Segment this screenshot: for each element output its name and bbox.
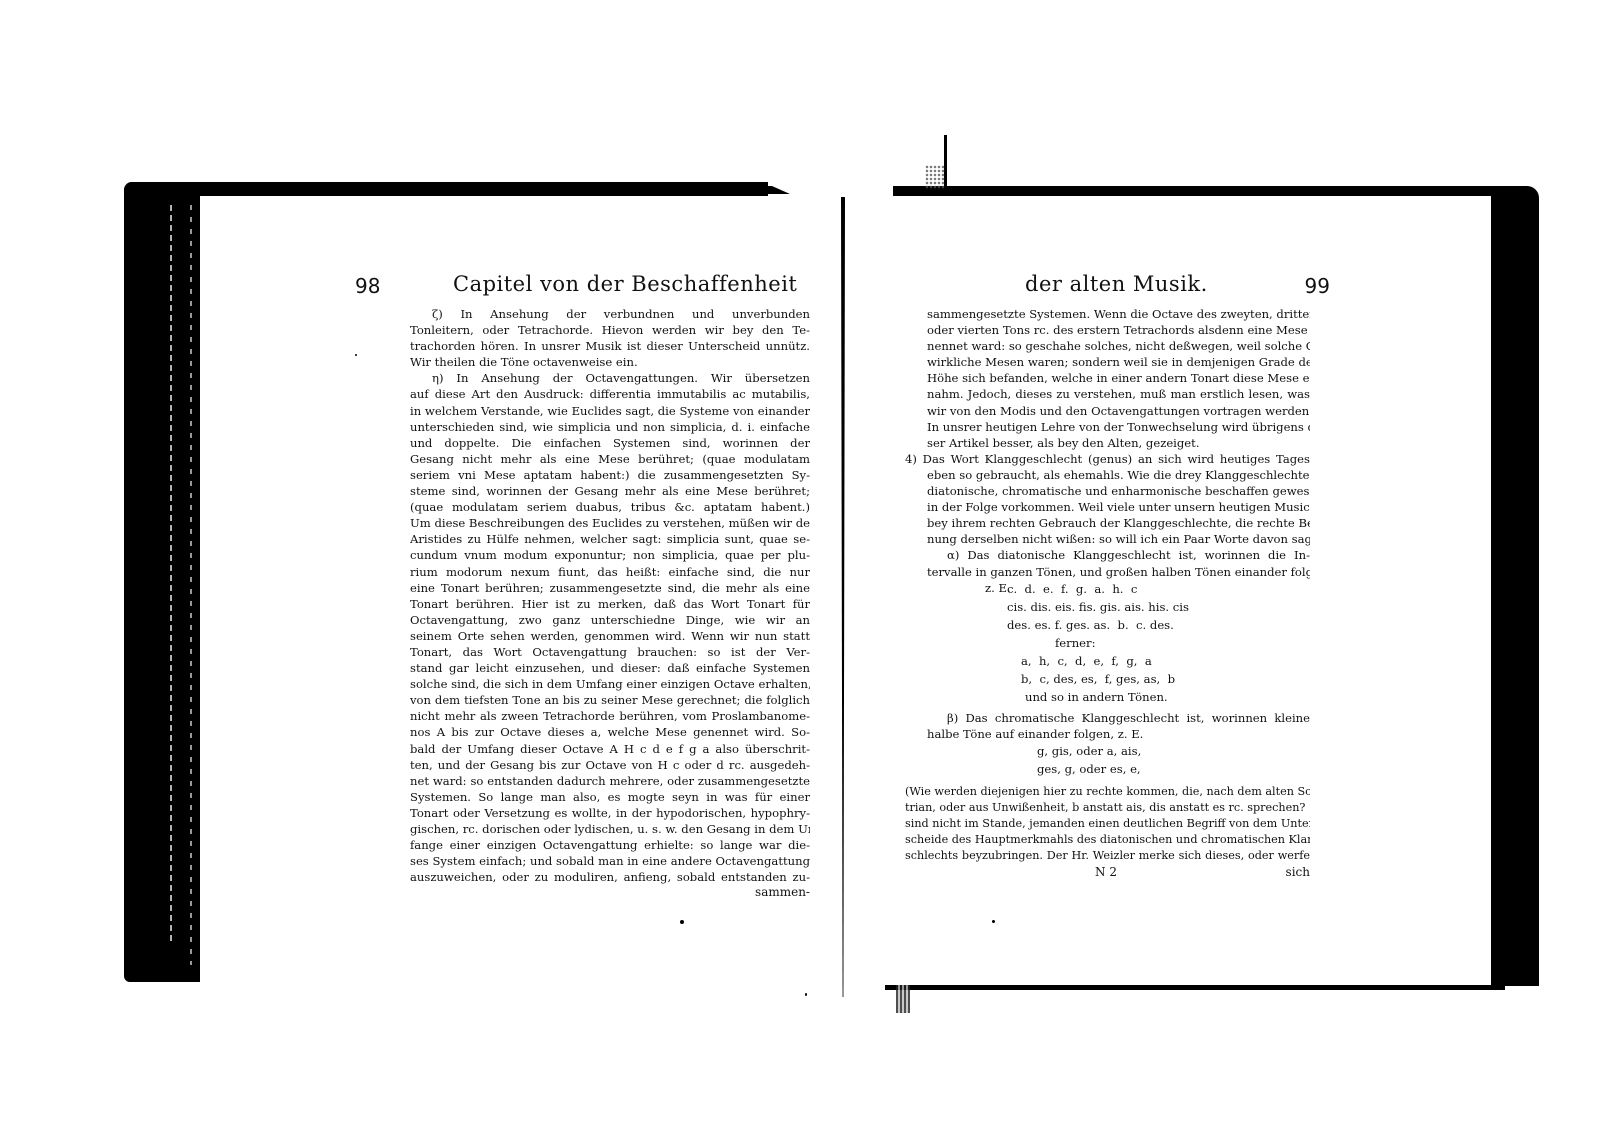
example-closing: und so in andern Tönen.	[1007, 688, 1217, 706]
text-line: (quae modulatam seriem duabus, tribus &c…	[410, 499, 810, 515]
scan-speck	[680, 920, 684, 924]
right-page: der alten Musik. 99 sammengesetzte Syste…	[905, 272, 1330, 880]
text-line: Um diese Beschreibungen des Euclides zu …	[410, 515, 810, 531]
text-line: und doppelte. Die einfachen Systemen sin…	[410, 435, 810, 451]
right-page-top-edge	[893, 186, 1533, 196]
chromatic-paragraph: β) Das chromatische Klanggeschlecht ist,…	[905, 710, 1310, 742]
text-line: β) Das chromatische Klanggeschlecht ist,…	[905, 710, 1310, 726]
text-line: solche sind, die sich in dem Umfang eine…	[410, 676, 810, 692]
text-line: rium modorum nexum fiunt, das heißt: ein…	[410, 564, 810, 580]
left-book-edge	[124, 182, 200, 982]
scan-artifact	[925, 165, 945, 190]
text-line: auszuweichen, oder zu moduliren, anfieng…	[410, 869, 810, 885]
text-line: unterschieden sind, wie simplicia und no…	[410, 419, 810, 435]
scanned-book-spread: 98 Capitel von der Beschaffenheit ζ) In …	[0, 0, 1600, 1121]
note-row: des. es. f. ges. as. b. c. des.	[1007, 616, 1217, 634]
text-line: net ward: so entstanden dadurch mehrere,…	[410, 773, 810, 789]
scan-speck	[992, 920, 995, 923]
text-line: Aristides zu Hülfe nehmen, welcher sagt:…	[410, 531, 810, 547]
text-line: nos A bis zur Octave dieses a, welche Me…	[410, 724, 810, 740]
text-line: 4) Das Wort Klanggeschlecht (genus) an s…	[905, 451, 1310, 467]
book-gutter	[841, 197, 845, 997]
left-page-top-edge-taper	[760, 186, 790, 194]
text-line: cundum vnum modum exponuntur; non simpli…	[410, 547, 810, 563]
text-line: In unsrer heutigen Lehre von der Tonwech…	[905, 419, 1310, 435]
text-line: eben so gebraucht, als ehemahls. Wie die…	[905, 467, 1310, 483]
ferner-label: ferner:	[1007, 634, 1217, 652]
chromatic-example: g, gis, oder a, ais, ges, g, oder es, e,	[1037, 742, 1247, 778]
text-line: schlechts beyzubringen. Der Hr. Weizler …	[905, 848, 1310, 864]
left-edge-stripe	[170, 205, 172, 945]
text-line: ser Artikel besser, als bey den Alten, g…	[905, 435, 1310, 451]
text-line: Systemen. So lange man also, es mogte se…	[410, 789, 810, 805]
text-line: ζ) In Ansehung der verbundnen und unverb…	[410, 306, 810, 322]
note-row: g, gis, oder a, ais,	[1037, 742, 1247, 760]
diatonic-example: z. E. c. d. e. f. g. a. h. c cis. dis. e…	[905, 580, 1310, 706]
left-page-footer: sammen-	[410, 885, 810, 901]
text-line: sammengesetzte Systemen. Wenn die Octave…	[905, 306, 1310, 322]
text-line: Octavengattung, zwo ganz unterschiedne D…	[410, 612, 810, 628]
right-book-edge	[1491, 186, 1539, 986]
text-line: Tonart, das Wort Octavengattung brauchen…	[410, 644, 810, 660]
left-page-header: 98 Capitel von der Beschaffenheit	[355, 272, 810, 306]
text-line: steme sind, worinnen der Gesang mehr als…	[410, 483, 810, 499]
text-line: sind nicht im Stande, jemanden einen deu…	[905, 816, 1310, 832]
text-line: halbe Töne auf einander folgen, z. E.	[905, 726, 1310, 742]
text-line: seinem Orte sehen werden, genommen wird.…	[410, 628, 810, 644]
right-page-bottom-edge	[885, 985, 1505, 990]
text-line: diatonische, chromatische und enharmonis…	[905, 483, 1310, 499]
text-line: scheide des Hauptmerkmahls des diatonisc…	[905, 832, 1310, 848]
catchword: sammen-	[755, 885, 810, 899]
text-line: Höhe sich befanden, welche in einer ande…	[905, 370, 1310, 386]
text-line: wir von den Modis und den Octavengattung…	[905, 403, 1310, 419]
text-line: stand gar leicht einzusehen, und dieser:…	[410, 660, 810, 676]
scan-artifact	[896, 985, 910, 1013]
note-row: cis. dis. eis. fis. gis. ais. his. cis	[1007, 598, 1217, 616]
text-line: bey ihrem rechten Gebrauch der Klanggesc…	[905, 515, 1310, 531]
running-head: der alten Musik.	[1025, 272, 1208, 296]
signature-mark: N 2	[1095, 864, 1117, 880]
note-row: b, c, des, es, f, ges, as, b	[1007, 670, 1217, 688]
note-rows: c. d. e. f. g. a. h. c cis. dis. eis. fi…	[1007, 580, 1217, 706]
text-line: tervalle in ganzen Tönen, und großen hal…	[905, 564, 1310, 580]
text-line: nahm. Jedoch, dieses zu verstehen, muß m…	[905, 386, 1310, 402]
note-row: ges, g, oder es, e,	[1037, 760, 1247, 778]
text-line: gischen, rc. dorischen oder lydischen, u…	[410, 821, 810, 837]
text-line: trian, oder aus Unwißenheit, b anstatt a…	[905, 800, 1310, 816]
note-row: a, h, c, d, e, f, g, a	[1007, 652, 1217, 670]
left-edge-stripe	[190, 205, 192, 965]
text-line: nicht mehr als zween Tetrachorde berühre…	[410, 708, 810, 724]
text-line: Gesang nicht mehr als eine Mese berühret…	[410, 451, 810, 467]
text-line: fange einer einzigen Octavengattung erhi…	[410, 837, 810, 853]
left-page-top-edge	[124, 182, 768, 196]
footnote-paragraph: (Wie werden diejenigen hier zu rechte ko…	[905, 784, 1310, 864]
left-page: 98 Capitel von der Beschaffenheit ζ) In …	[355, 272, 810, 901]
note-row: c. d. e. f. g. a. h. c	[1007, 580, 1217, 598]
text-line: ten, und der Gesang bis zur Octave von H…	[410, 757, 810, 773]
right-page-footer: N 2 sich	[905, 864, 1310, 880]
text-line: in welchem Verstande, wie Euclides sagt,…	[410, 403, 810, 419]
text-line: in der Folge vorkommen. Weil viele unter…	[905, 499, 1310, 515]
page-number: 98	[355, 274, 380, 298]
text-line: nung derselben nicht wißen: so will ich …	[905, 531, 1310, 547]
text-line: nennet ward: so geschahe solches, nicht …	[905, 338, 1310, 354]
page-number: 99	[1305, 274, 1330, 298]
example-prefix: z. E.	[985, 580, 1011, 596]
text-line: seriem vni Mese aptatam habent:) die zus…	[410, 467, 810, 483]
text-line: ses System einfach; und sobald man in ei…	[410, 853, 810, 869]
text-line: Wir theilen die Töne octavenweise ein.	[410, 354, 810, 370]
right-page-body: sammengesetzte Systemen. Wenn die Octave…	[905, 306, 1310, 880]
text-line: bald der Umfang dieser Octave A H c d e …	[410, 741, 810, 757]
text-line: η) In Ansehung der Octavengattungen. Wir…	[410, 370, 810, 386]
text-line: auf diese Art den Ausdruck: differentia …	[410, 386, 810, 402]
text-line: Tonart berühren. Hier ist zu merken, daß…	[410, 596, 810, 612]
paragraph-continuation: sammengesetzte Systemen. Wenn die Octave…	[905, 306, 1310, 580]
text-line: wirkliche Mesen waren; sondern weil sie …	[905, 354, 1310, 370]
left-page-body: ζ) In Ansehung der verbundnen und unverb…	[410, 306, 810, 885]
text-line: oder vierten Tons rc. des erstern Tetrac…	[905, 322, 1310, 338]
text-line: α) Das diatonische Klanggeschlecht ist, …	[905, 547, 1310, 563]
text-line: Tonart oder Versetzung es wollte, in der…	[410, 805, 810, 821]
text-line: (Wie werden diejenigen hier zu rechte ko…	[905, 784, 1310, 800]
catchword: sich	[1286, 864, 1310, 880]
text-line: trachorden hören. In unsrer Musik ist di…	[410, 338, 810, 354]
running-head: Capitel von der Beschaffenheit	[453, 272, 797, 296]
text-line: eine Tonart berühren; zusammengesetzte s…	[410, 580, 810, 596]
text-line: von dem tiefsten Tone an bis zu seiner M…	[410, 692, 810, 708]
text-line: Tonleitern, oder Tetrachorde. Hievon wer…	[410, 322, 810, 338]
scan-speck	[805, 993, 807, 996]
right-page-header: der alten Musik. 99	[905, 272, 1330, 306]
